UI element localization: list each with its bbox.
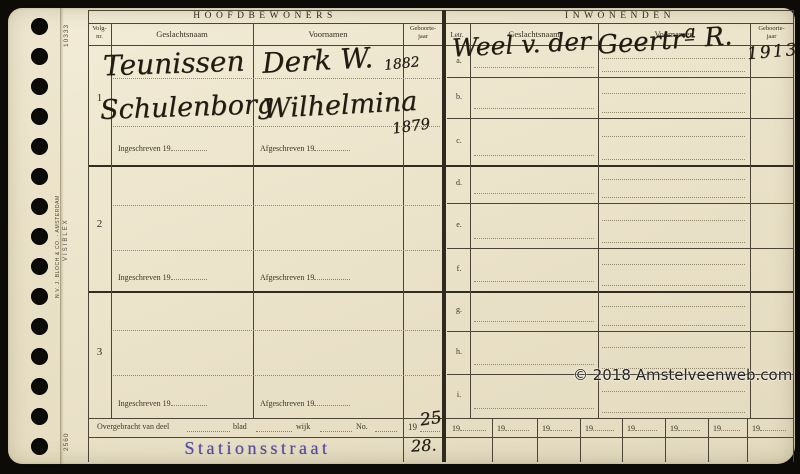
- table-divider: [442, 10, 446, 462]
- dotted-writing-line: [602, 179, 745, 180]
- afgeschreven-label: Afgeschreven 19: [260, 271, 350, 282]
- punch-hole: [31, 18, 48, 35]
- fill-dots: [593, 422, 614, 431]
- handwritten-firstname: Derk W.: [261, 41, 374, 80]
- table-line: [88, 10, 89, 462]
- table-line: [708, 418, 709, 462]
- stock-number-bottom: 2560: [63, 433, 70, 451]
- fill-dots: [187, 431, 230, 432]
- dotted-writing-line: [602, 93, 745, 94]
- dotted-writing-line: [113, 250, 440, 251]
- fill-dots: [314, 397, 350, 406]
- fill-dots: [171, 271, 207, 280]
- dotted-writing-line: [113, 205, 440, 206]
- inwonende-row: g.: [447, 291, 793, 331]
- inwonende-row: d.: [447, 165, 793, 203]
- year-cell: 19: [752, 422, 786, 433]
- fill-dots: [678, 422, 700, 431]
- brand-name: VISIBLEX: [63, 218, 69, 261]
- brand-company: N.V. J. BLOCH & CO. - AMSTERDAM: [55, 195, 61, 298]
- punch-hole: [31, 228, 48, 245]
- copyright-watermark: © 2018 Amstelveenweb.com: [573, 366, 792, 384]
- inwonende-row: f.: [447, 248, 793, 291]
- year-cell: 19: [452, 422, 486, 433]
- punch-hole: [31, 48, 48, 65]
- punch-hole: [31, 348, 48, 365]
- year-cell: 19: [542, 422, 572, 433]
- year-prefix: 19: [408, 422, 417, 432]
- fill-dots: [314, 142, 350, 151]
- punch-hole: [31, 318, 48, 335]
- fill-dots: [550, 422, 572, 431]
- handwritten-house-number: 28.: [411, 435, 437, 455]
- handwritten-year: 25: [419, 408, 443, 431]
- stock-number-top: 10333: [63, 24, 70, 47]
- year-cell: 19: [497, 422, 529, 433]
- dotted-writing-line: [602, 136, 745, 137]
- fill-dots: [760, 422, 786, 431]
- punch-hole: [31, 288, 48, 305]
- fill-dots: [256, 431, 292, 432]
- year-cell: 19: [627, 422, 657, 433]
- fill-dots: [171, 397, 207, 406]
- column-header-geboortejaar-right: Geboorte- jaar: [750, 25, 793, 40]
- table-line: [111, 23, 112, 418]
- year-cell: 19: [713, 422, 740, 433]
- fill-dots: [460, 422, 486, 431]
- fill-dots: [314, 271, 350, 280]
- section-title-inwonenden: INWONENDEN: [447, 11, 793, 21]
- year-cell: 19: [585, 422, 614, 433]
- dotted-writing-line: [602, 347, 745, 348]
- fill-dots: [635, 422, 657, 431]
- table-line: [537, 418, 538, 462]
- ingeschreven-label: Ingeschreven 19: [118, 271, 207, 282]
- punch-hole: [31, 78, 48, 95]
- dotted-writing-line: [602, 220, 745, 221]
- dotted-writing-line: [602, 306, 745, 307]
- column-header-geslachtsnaam: Geslachtsnaam: [111, 29, 253, 39]
- block-number: 2: [88, 218, 111, 230]
- punch-hole: [31, 198, 48, 215]
- block-number: 3: [88, 346, 111, 358]
- afgeschreven-label: Afgeschreven 19: [260, 142, 350, 153]
- table-line: [665, 418, 666, 462]
- fill-dots: [375, 431, 397, 432]
- inwonende-row: c.: [447, 118, 793, 165]
- inwonende-row: e.: [447, 203, 793, 248]
- fill-dots: [721, 422, 740, 431]
- table-line: [747, 418, 748, 462]
- handwritten-surname: Schulenborg: [100, 89, 275, 126]
- register-card-scan: 10333 VISIBLEX N.V. J. BLOCH & CO. - AMS…: [0, 0, 800, 474]
- no-label: No.: [356, 422, 368, 431]
- overgebracht-label: Overgebracht van deel: [97, 422, 169, 431]
- dotted-writing-line: [113, 375, 440, 376]
- ingeschreven-label: Ingeschreven 19: [118, 397, 207, 408]
- column-header-voornamen: Voornamen: [253, 29, 403, 39]
- dotted-writing-line: [602, 264, 745, 265]
- punch-hole: [31, 168, 48, 185]
- table-line: [793, 10, 794, 462]
- punch-hole: [31, 438, 48, 455]
- punch-hole: [31, 108, 48, 125]
- punch-hole: [31, 138, 48, 155]
- table-line: [492, 418, 493, 462]
- punch-hole: [31, 378, 48, 395]
- table-line: [622, 418, 623, 462]
- fill-dots: [320, 431, 352, 432]
- street-name-stamp: Stationsstraat: [150, 438, 365, 459]
- blad-label: blad: [233, 422, 247, 431]
- inwonende-row: b.: [447, 77, 793, 118]
- punch-hole: [31, 258, 48, 275]
- table-line: [580, 418, 581, 462]
- ingeschreven-label: Ingeschreven 19: [118, 142, 207, 153]
- fill-dots: [171, 142, 207, 151]
- afgeschreven-label: Afgeschreven 19: [260, 397, 350, 408]
- column-header-geboortejaar: Geboorte- jaar: [403, 25, 443, 40]
- table-line: [253, 23, 254, 418]
- section-title-hoofdbewoners: HOOFDBEWONERS: [88, 11, 442, 21]
- dotted-writing-line: [113, 330, 440, 331]
- punch-hole: [31, 408, 48, 425]
- column-header-volgnr: Volg- nr.: [88, 25, 111, 40]
- fill-dots: [420, 431, 440, 432]
- year-cell: 19: [670, 422, 700, 433]
- dotted-writing-line: [602, 391, 745, 392]
- wijk-label: wijk: [296, 422, 310, 431]
- fill-dots: [505, 422, 529, 431]
- handwritten-surname: Teunissen: [102, 45, 245, 83]
